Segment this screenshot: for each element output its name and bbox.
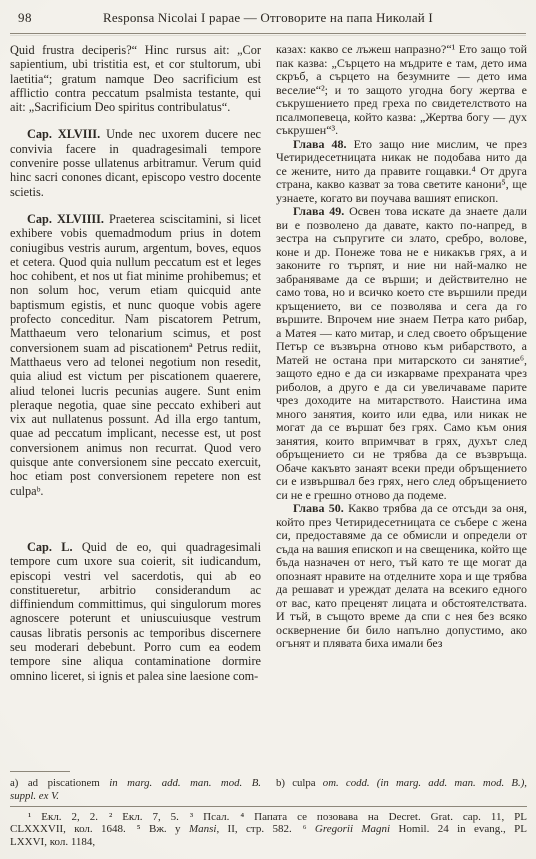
text-columns: Quid frustra deciperis?“ Hinc rursus ait…	[10, 43, 527, 759]
footnote-block: a) ad piscationem in marg. add. man. mod…	[10, 771, 527, 849]
numbered-footnotes: ¹ Екл. 2, 2. ² Екл. 7, 5. ³ Псал. ⁴ Папа…	[10, 811, 527, 849]
footnote-line: CLXXXVII, кол. 1648. ⁵ Вж. у Mansi, II, …	[10, 823, 527, 836]
chapter-label: Cap. XLVIIII.	[27, 212, 109, 226]
running-header: 98 Responsa Nicolai I papae — Отговорите…	[10, 10, 526, 30]
apparatus-note-a-line: suppl. ex V.	[10, 790, 261, 803]
apparatus-note-b-line: b) culpa om. codd. (in marg. add. man. m…	[276, 777, 527, 790]
chapter-label: Cap. XLVIII.	[27, 127, 106, 141]
latin-column: Quid frustra deciperis?“ Hinc rursus ait…	[10, 43, 261, 759]
paragraph-text: Quid frustra deciperis?“ Hinc rursus ait…	[10, 43, 261, 114]
scanned-page: 98 Responsa Nicolai I papae — Отговорите…	[0, 0, 536, 859]
latin-paragraph: Quid frustra deciperis?“ Hinc rursus ait…	[10, 43, 261, 114]
paragraph-text: Quid de eo, qui quadragesimali tempore c…	[10, 540, 261, 683]
paragraph-text: Какво трябва да се отсъди за оня, който …	[276, 501, 527, 650]
chapter-label: Cap. L.	[27, 540, 82, 554]
critical-apparatus: a) ad piscationem in marg. add. man. mod…	[10, 777, 527, 803]
page-title: Responsa Nicolai I papae — Отговорите на…	[10, 10, 526, 26]
chapter-label: Глава 49.	[293, 204, 349, 218]
latin-paragraph: Cap. XLVIIII. Praeterea sciscitamini, si…	[10, 212, 261, 498]
bulgarian-paragraph: Глава 48. Ето защо ние мислим, че през Ч…	[276, 138, 527, 206]
bulgarian-paragraph: Глава 50. Какво трябва да се отсъди за о…	[276, 502, 527, 651]
header-rule	[10, 33, 526, 34]
bulgarian-column: казах: какво се лъжеш напразно?“¹ Ето за…	[276, 43, 527, 759]
latin-paragraph: Cap. XLVIII. Unde nec uxorem ducere nec …	[10, 127, 261, 198]
chapter-label: Глава 48.	[293, 137, 354, 151]
page-number: 98	[18, 10, 32, 26]
chapter-label: Глава 50.	[293, 501, 348, 515]
apparatus-note-a: a) ad piscationem in marg. add. man. mod…	[10, 777, 261, 803]
bulgarian-paragraph: казах: какво се лъжеш напразно?“¹ Ето за…	[276, 43, 527, 138]
apparatus-note-b: b) culpa om. codd. (in marg. add. man. m…	[276, 777, 527, 803]
footnote-line: ¹ Екл. 2, 2. ² Екл. 7, 5. ³ Псал. ⁴ Папа…	[10, 811, 527, 824]
footnote-line: LXXVI, кол. 1184,	[10, 836, 527, 849]
paragraph-text: Освен това искате да знаете дали ви е по…	[276, 204, 527, 502]
paragraph-text: Praeterea sciscitamini, si licet exhiber…	[10, 212, 261, 498]
apparatus-note-a-line: a) ad piscationem in marg. add. man. mod…	[10, 777, 261, 790]
paragraph-text: казах: какво се лъжеш напразно?“¹ Ето за…	[276, 43, 527, 137]
bulgarian-paragraph: Глава 49. Освен това искате да знаете да…	[276, 205, 527, 502]
footnote-separator-full	[10, 806, 527, 807]
latin-paragraph: Cap. L. Quid de eo, qui quadragesimali t…	[10, 540, 261, 683]
footnote-separator-short	[10, 771, 70, 772]
